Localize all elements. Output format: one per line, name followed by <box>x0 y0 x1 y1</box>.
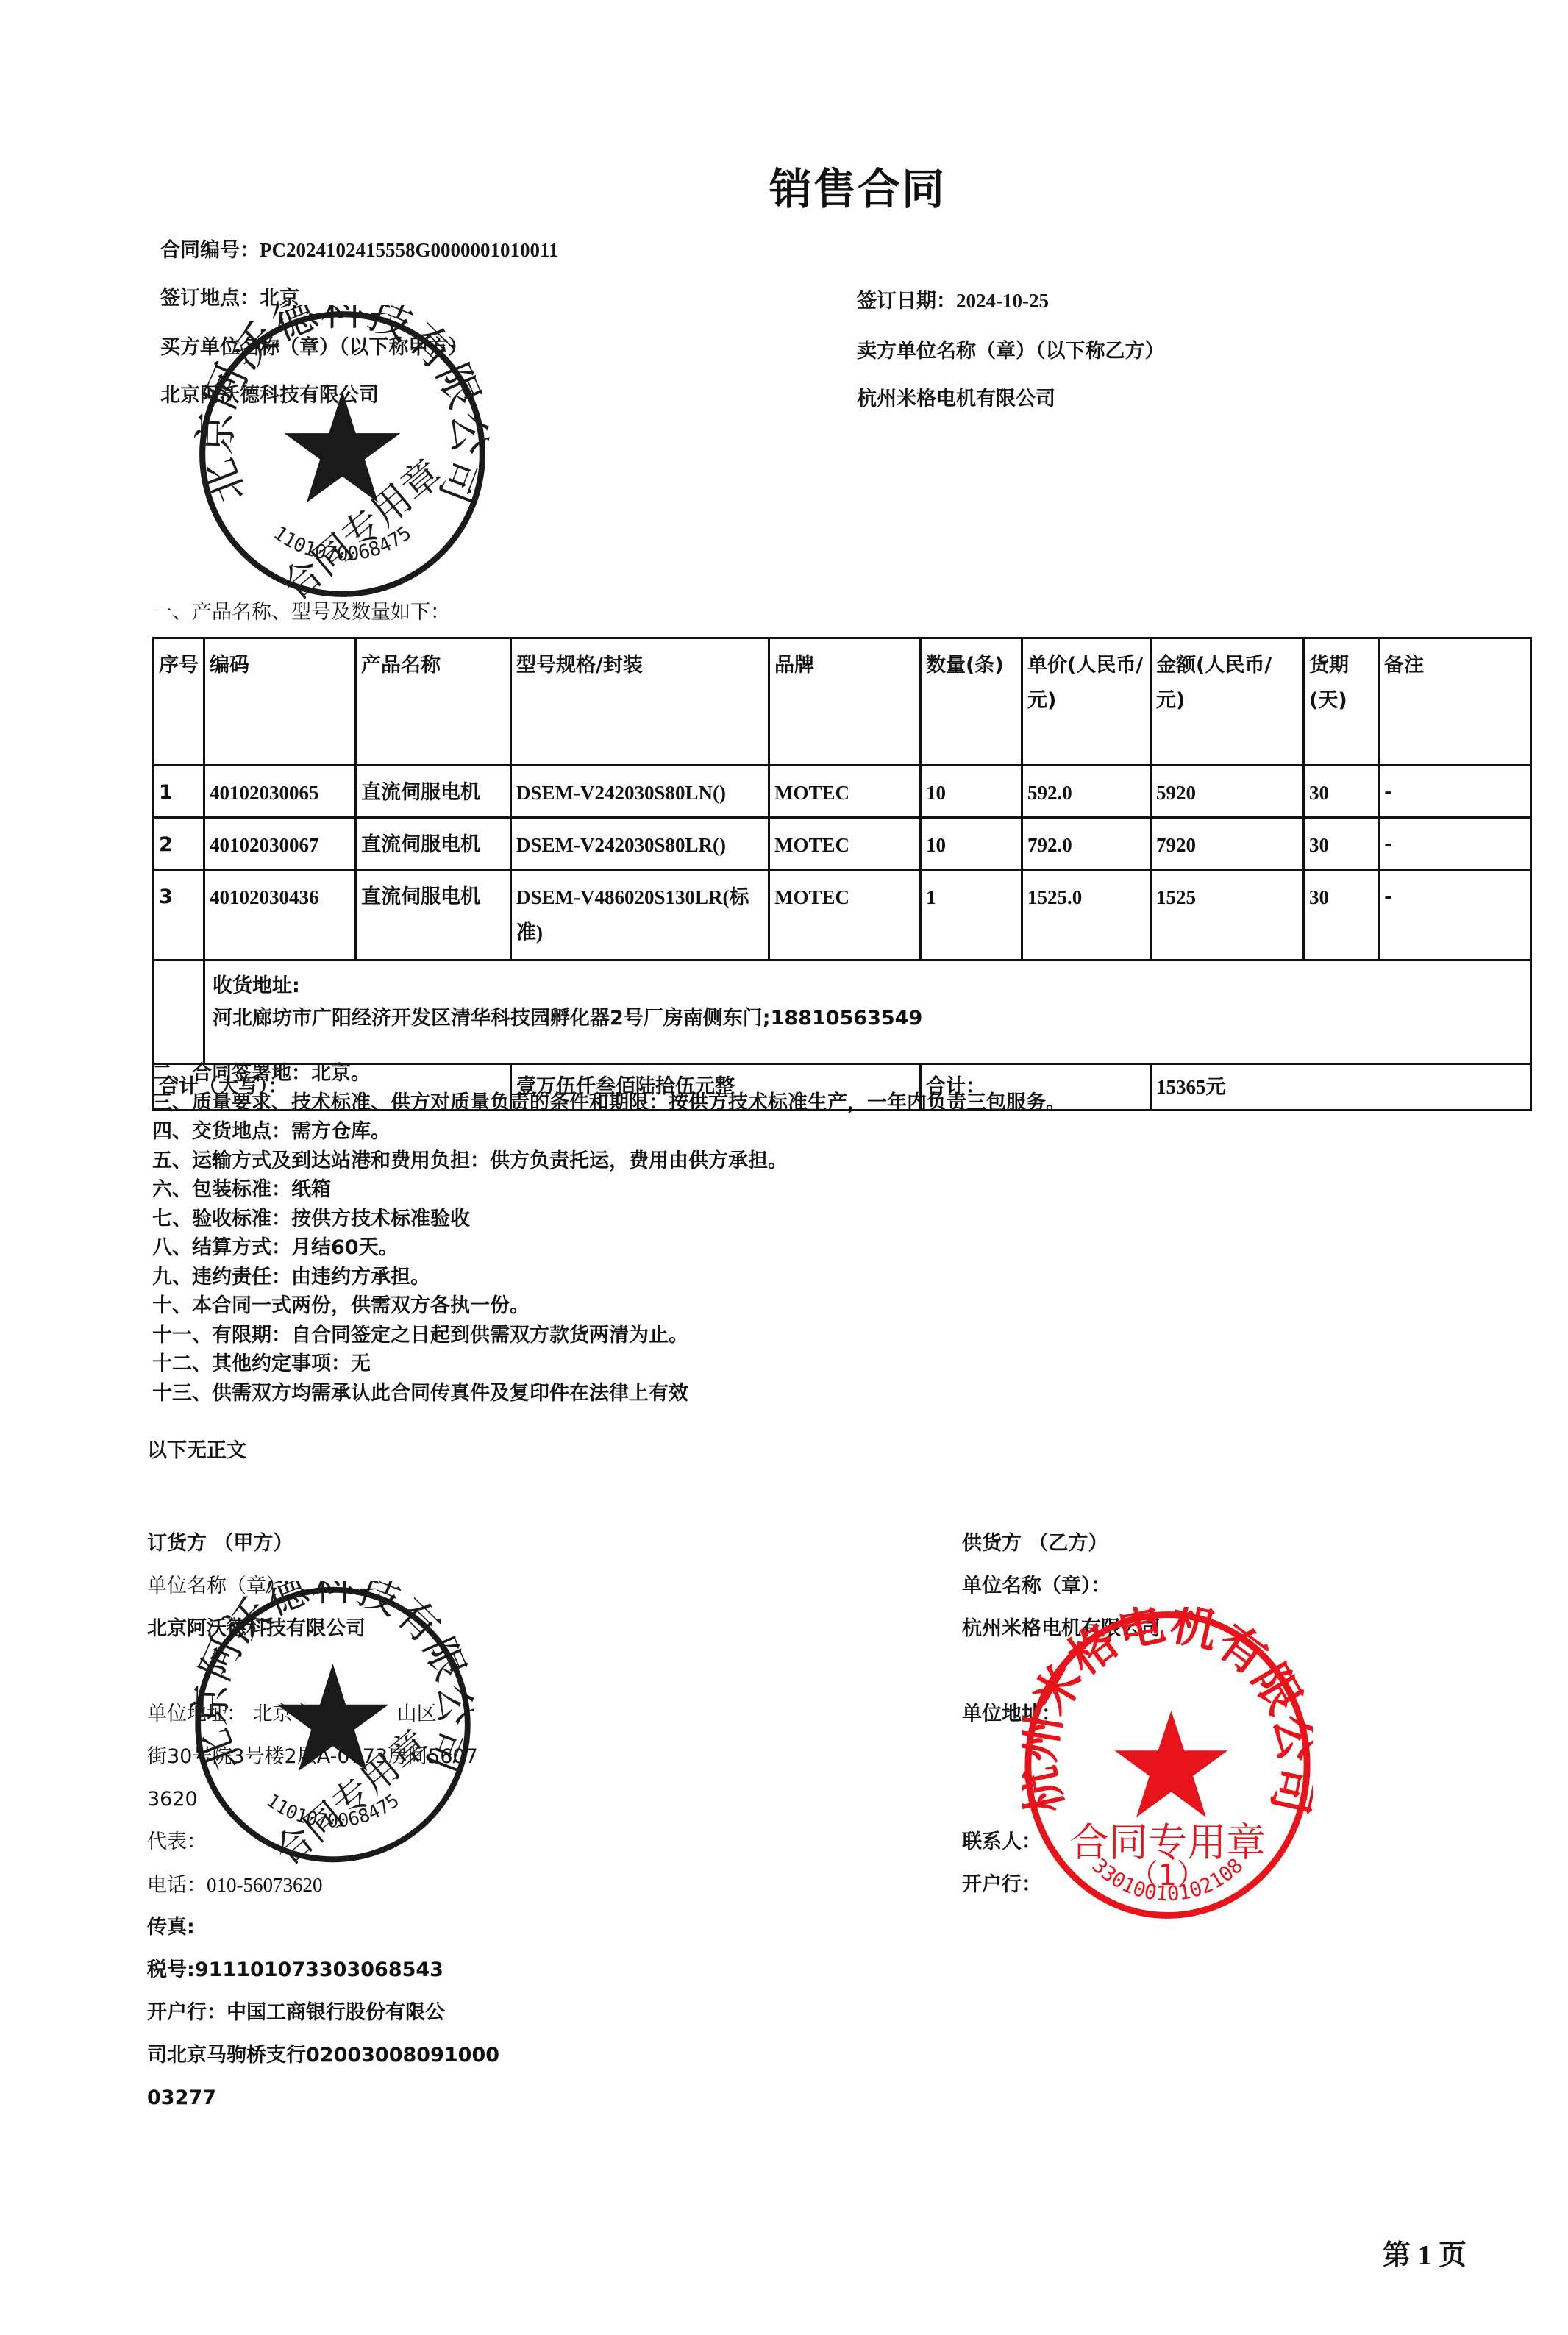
table-header-row: 序号 编码 产品名称 型号规格/封装 品牌 数量(条) 单价(人民币/元) 金额… <box>154 638 1531 766</box>
seller-label: 卖方单位名称（章）（以下称乙方） <box>857 335 1165 363</box>
contract-number-label: 合同编号： <box>160 239 260 262</box>
page-title: 销售合同 <box>0 154 1568 216</box>
cell-brand: MOTEC <box>769 766 921 818</box>
header-cell: 货期(天) <box>1304 638 1379 766</box>
sign-date: 签订日期：2024-10-25 <box>857 285 1049 313</box>
header-cell: 备注 <box>1379 638 1531 766</box>
buyer-phone-label: 电话： <box>147 1874 207 1897</box>
cell-product: 直流伺服电机 <box>356 766 511 818</box>
contract-number: 合同编号：PC2024102415558G0000001010011 <box>160 234 559 263</box>
delivery-address-value: 河北廊坊市广阳经济开发区清华科技园孵化器2号厂房南侧东门;18810563549 <box>213 1002 1526 1035</box>
address-spacer <box>154 960 204 1064</box>
buyer-heading: 订货方 （甲方） <box>147 1522 499 1565</box>
header-cell: 产品名称 <box>356 638 511 766</box>
clause: 五、运输方式及到达站港和费用负担：供方负责托运，费用由供方承担。 <box>152 1147 1066 1176</box>
cell-lead-time: 30 <box>1304 818 1379 870</box>
cell-qty: 10 <box>921 766 1022 818</box>
buyer-tax-value: 911101073303068543 <box>195 1958 443 1981</box>
seller-heading: 供货方 （乙方） <box>962 1522 1161 1565</box>
clause: 十三、供需双方均需承认此合同传真件及复印件在法律上有效 <box>152 1379 1066 1408</box>
cell-product: 直流伺服电机 <box>356 870 511 960</box>
contract-number-value: PC2024102415558G0000001010011 <box>260 239 559 261</box>
buyer-bank-line3: 03277 <box>147 2077 499 2120</box>
buyer-bank-line1: 开户行：中国工商银行股份有限公 <box>147 1992 499 2034</box>
seller-company-seal: 杭州米格电机有限公司 合同专用章 （1） 33010010102108 <box>1022 1607 1313 1923</box>
buyer-phone-value: 010-56073620 <box>207 1874 323 1896</box>
cell-lead-time: 30 <box>1304 870 1379 960</box>
header-cell: 型号规格/封装 <box>511 638 769 766</box>
buyer-company-seal-bottom: 北京阿沃德科技有限公司 合同专用章 1101070068475 <box>188 1581 478 1868</box>
buyer-phone: 电话：010-56073620 <box>147 1864 499 1906</box>
cell-lead-time: 30 <box>1304 766 1379 818</box>
cell-code: 40102030067 <box>204 818 356 870</box>
seller-name: 杭州米格电机有限公司 <box>857 382 1055 411</box>
clause: 二、合同签署地：北京。 <box>152 1059 1066 1088</box>
sign-date-label: 签订日期： <box>857 290 956 313</box>
table-row: 1 40102030065 直流伺服电机 DSEM-V242030S80LN()… <box>154 766 1531 818</box>
header-cell: 品牌 <box>769 638 921 766</box>
page-number: 第 1 页 <box>1383 2232 1467 2272</box>
clause: 十一、有限期：自合同签定之日起到供需双方款货两清为止。 <box>152 1321 1066 1350</box>
cell-qty: 1 <box>921 870 1022 960</box>
seal-icon: 北京阿沃德科技有限公司 合同专用章 1101070068475 <box>188 1581 478 1868</box>
clauses-list: 二、合同签署地：北京。 三、质量要求、技术标准、供方对质量负责的条件和期限：按供… <box>152 1059 1066 1408</box>
cell-unit-price: 792.0 <box>1022 818 1151 870</box>
cell-remark: - <box>1379 818 1531 870</box>
clause: 九、违约责任：由违约方承担。 <box>152 1263 1066 1292</box>
cell-code: 40102030436 <box>204 870 356 960</box>
cell-model: DSEM-V242030S80LR() <box>511 818 769 870</box>
cell-qty: 10 <box>921 818 1022 870</box>
header-cell: 数量(条) <box>921 638 1022 766</box>
cell-index: 1 <box>154 766 204 818</box>
clause: 八、结算方式：月结60天。 <box>152 1233 1066 1263</box>
total-value: 15365元 <box>1151 1064 1531 1111</box>
cell-index: 2 <box>154 818 204 870</box>
cell-brand: MOTEC <box>769 870 921 960</box>
cell-remark: - <box>1379 870 1531 960</box>
buyer-company-seal-top: 北京阿沃德科技有限公司 合同专用章 1101070068475 <box>190 305 495 603</box>
seal-icon: 杭州米格电机有限公司 合同专用章 （1） 33010010102108 <box>1022 1607 1313 1923</box>
seal-icon: 北京阿沃德科技有限公司 合同专用章 1101070068475 <box>190 305 495 603</box>
table-row: 3 40102030436 直流伺服电机 DSEM-V486020S130LR(… <box>154 870 1531 960</box>
table-row: 2 40102030067 直流伺服电机 DSEM-V242030S80LR()… <box>154 818 1531 870</box>
header-cell: 编码 <box>204 638 356 766</box>
clause: 十二、其他约定事项：无 <box>152 1350 1066 1379</box>
cell-remark: - <box>1379 766 1531 818</box>
cell-index: 3 <box>154 870 204 960</box>
cell-unit-price: 1525.0 <box>1022 870 1151 960</box>
cell-model: DSEM-V486020S130LR(标准) <box>511 870 769 960</box>
clause: 三、质量要求、技术标准、供方对质量负责的条件和期限：按供方技术标准生产，一年内负… <box>152 1088 1066 1118</box>
buyer-tax: 税号:911101073303068543 <box>147 1949 499 1992</box>
header-cell: 序号 <box>154 638 204 766</box>
cell-product: 直流伺服电机 <box>356 818 511 870</box>
cell-amount: 1525 <box>1151 870 1304 960</box>
clause: 七、验收标准：按供方技术标准验收 <box>152 1205 1066 1234</box>
product-table: 序号 编码 产品名称 型号规格/封装 品牌 数量(条) 单价(人民币/元) 金额… <box>152 637 1532 1111</box>
end-note: 以下无正文 <box>147 1434 246 1463</box>
seller-unit-name-label: 单位名称（章）： <box>962 1565 1161 1608</box>
delivery-address-cell: 收货地址: 河北廊坊市广阳经济开发区清华科技园孵化器2号厂房南侧东门;18810… <box>204 960 1531 1064</box>
buyer-fax-label: 传真: <box>147 1906 499 1949</box>
delivery-address-row: 收货地址: 河北廊坊市广阳经济开发区清华科技园孵化器2号厂房南侧东门;18810… <box>154 960 1531 1064</box>
cell-amount: 5920 <box>1151 766 1304 818</box>
clause: 六、包装标准：纸箱 <box>152 1175 1066 1205</box>
clause: 四、交货地点：需方仓库。 <box>152 1117 1066 1147</box>
header-cell: 金额(人民币/元) <box>1151 638 1304 766</box>
header-cell: 单价(人民币/元) <box>1022 638 1151 766</box>
buyer-tax-label: 税号: <box>147 1958 195 1981</box>
clause: 十、本合同一式两份，供需双方各执一份。 <box>152 1291 1066 1321</box>
cell-model: DSEM-V242030S80LN() <box>511 766 769 818</box>
cell-brand: MOTEC <box>769 818 921 870</box>
cell-code: 40102030065 <box>204 766 356 818</box>
cell-unit-price: 592.0 <box>1022 766 1151 818</box>
delivery-address-label: 收货地址: <box>213 970 1526 1002</box>
buyer-bank-line2: 司北京马驹桥支行02003008091000 <box>147 2034 499 2077</box>
cell-amount: 7920 <box>1151 818 1304 870</box>
sign-date-value: 2024-10-25 <box>956 290 1049 312</box>
